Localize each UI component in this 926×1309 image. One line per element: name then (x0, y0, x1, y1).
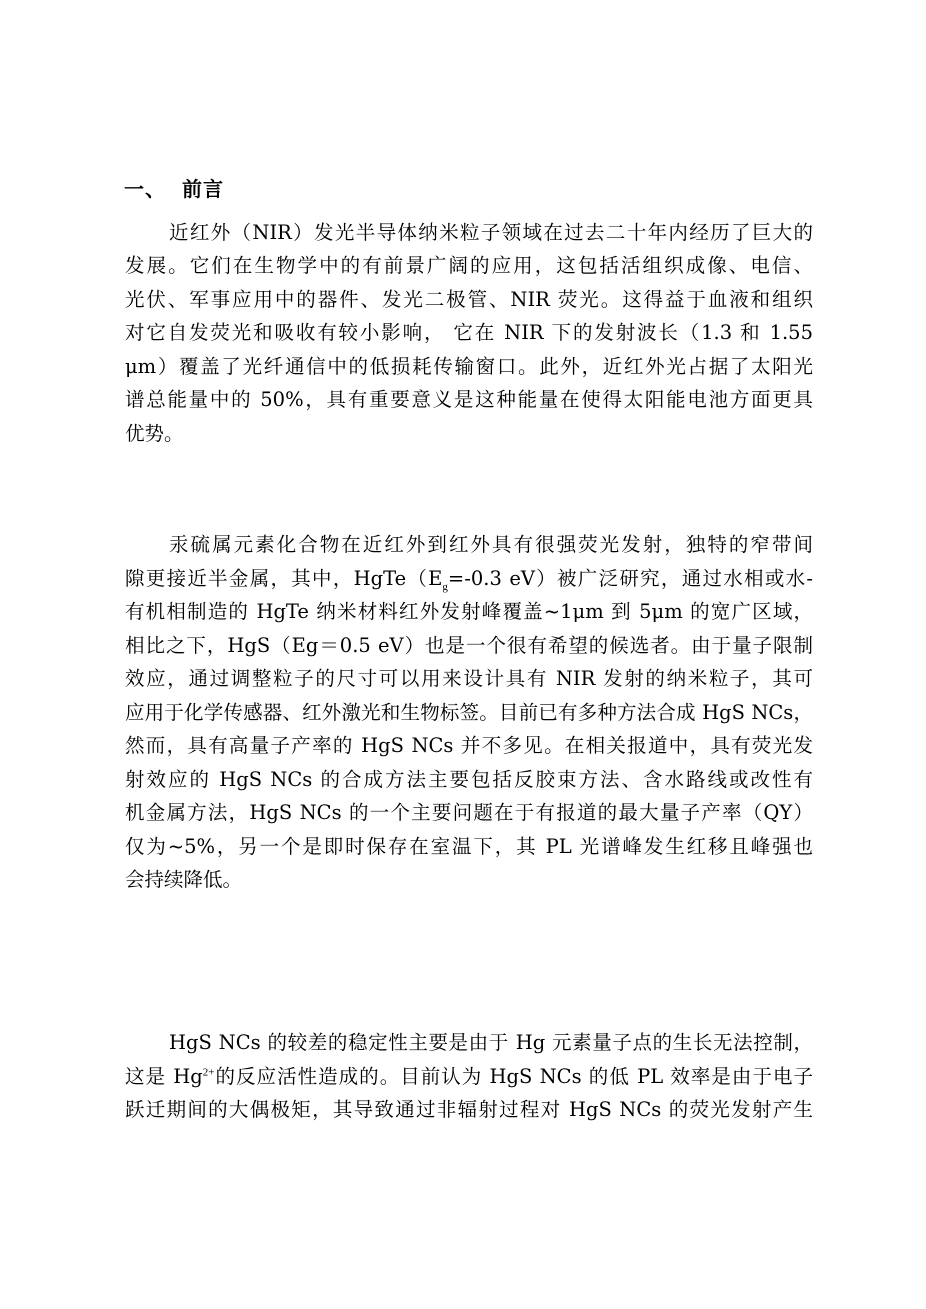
text-line: μm）覆盖了光纤通信中的低损耗传输窗口。此外，近红外光占据了太阳光 (125, 355, 813, 379)
text-line: 优势。 (125, 422, 813, 446)
text-line: 会持续降低。 (125, 868, 813, 892)
text-segment: 的反应活性造成的。目前认为 HgS NCs 的低 PL 效率是由于电子 (214, 1065, 813, 1088)
superscript: 2+ (203, 1067, 215, 1079)
text-line: HgS NCs 的较差的稳定性主要是由于 Hg 元素量子点的生长无法控制， (169, 1031, 813, 1055)
text-line: 发展。它们在生物学中的有前景广阔的应用，这包括活组织成像、电信、 (125, 254, 813, 278)
section-heading: 一、前言 (124, 173, 224, 202)
text-line: 近红外（NIR）发光半导体纳米粒子领域在过去二十年内经历了巨大的 (169, 221, 813, 245)
text-line: 应用于化学传感器、红外激光和生物标签。目前已有多种方法合成 HgS NCs， (125, 701, 813, 725)
text-line: 效应，通过调整粒子的尺寸可以用来设计具有 NIR 发射的纳米粒子，其可 (125, 667, 813, 691)
text-line: 光伏、军事应用中的器件、发光二极管、NIR 荧光。这得益于血液和组织 (125, 288, 813, 312)
text-line: 对它自发荧光和吸收有较小影响， 它在 NIR 下的发射波长（1.3 和 1.55 (125, 321, 813, 345)
text-line: 跃迁期间的大偶极矩，其导致通过非辐射过程对 HgS NCs 的荧光发射产生 (125, 1098, 813, 1122)
section-number: 一、 (124, 177, 166, 201)
text-line: 汞硫属元素化合物在近红外到红外具有很强荧光发射，独特的窄带间 (169, 533, 813, 557)
text-line: 射效应的 HgS NCs 的合成方法主要包括反胶束方法、含水路线或改性有 (125, 768, 813, 792)
text-line: 谱总能量中的 50%，具有重要意义是这种能量在使得太阳能电池方面更具 (125, 388, 813, 412)
text-segment: =-0.3 eV）被广泛研究，通过水相或水- (448, 567, 813, 590)
text-line: 有机相制造的 HgTe 纳米材料红外发射峰覆盖~1μm 到 5μm 的宽广区域， (125, 600, 813, 624)
text-line-with-superscript: 这是 Hg2+的反应活性造成的。目前认为 HgS NCs 的低 PL 效率是由于… (125, 1065, 813, 1089)
section-title: 前言 (182, 177, 224, 201)
text-line: 相比之下，HgS（Eg＝0.5 eV）也是一个很有希望的候选者。由于量子限制 (125, 634, 813, 658)
text-line: 机金属方法，HgS NCs 的一个主要问题在于有报道的最大量子产率（QY） (125, 801, 813, 825)
text-line: 然而，具有高量子产率的 HgS NCs 并不多见。在相关报道中，具有荧光发 (125, 734, 813, 758)
text-line-with-subscript: 隙更接近半金属，其中，HgTe（Eg=-0.3 eV）被广泛研究，通过水相或水- (125, 567, 813, 591)
text-segment: 这是 Hg (125, 1065, 203, 1088)
text-segment: 隙更接近半金属，其中，HgTe（E (125, 567, 442, 590)
document-page: 一、前言 近红外（NIR）发光半导体纳米粒子领域在过去二十年内经历了巨大的 发展… (0, 0, 926, 1309)
text-line: 仅为~5%，另一个是即时保存在室温下，其 PL 光谱峰发生红移且峰强也 (125, 835, 813, 859)
